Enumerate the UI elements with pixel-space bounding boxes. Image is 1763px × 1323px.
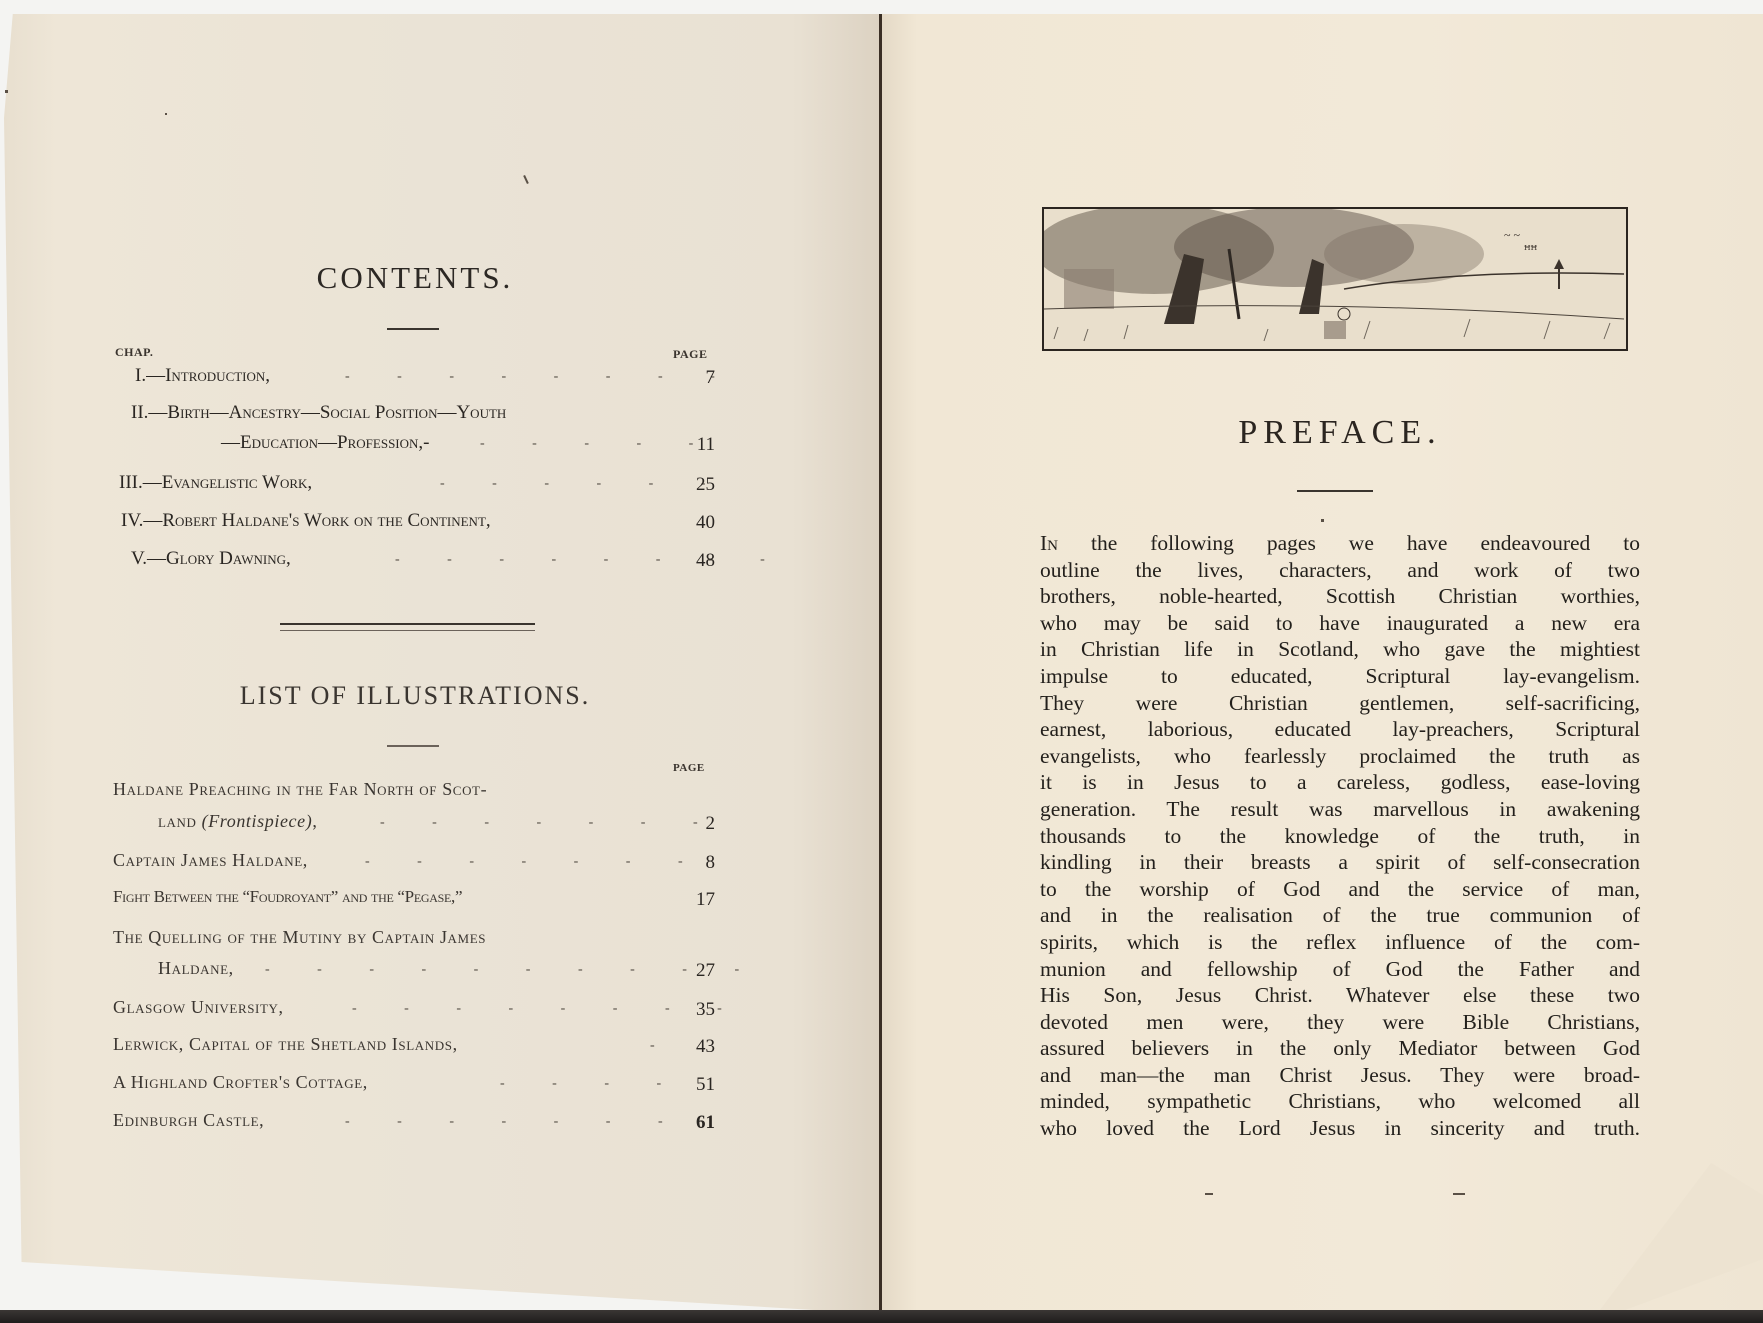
illustration-page-number: 17 — [675, 889, 715, 911]
preface-line: and man—the man Christ Jesus. They were … — [1040, 1062, 1640, 1089]
contents-entry-5[interactable]: V.—Glory Dawning, — [131, 548, 291, 570]
illustration-title: The Quelling of the Mutiny by Captain Ja… — [113, 927, 486, 947]
illustration-entry-4-cont: Haldane, — [158, 958, 234, 979]
illustration-entry-1-cont: land (Frontispiece), — [158, 811, 317, 832]
contents-page-number: 7 — [675, 367, 715, 389]
preface-line: it is in Jesus to a careless, godless, e… — [1040, 769, 1640, 796]
chapter-number: V. — [131, 548, 147, 569]
svg-text:~ ~: ~ ~ — [1504, 228, 1520, 242]
preface-line: kindling in their breasts a spirit of se… — [1040, 849, 1640, 876]
illustration-entry-8[interactable]: Edinburgh Castle, — [113, 1110, 264, 1131]
trees-field-icon: ~ ~ ꟸꟸ — [1044, 209, 1626, 349]
preface-line: brothers, noble-hearted, Scottish Christ… — [1040, 583, 1640, 610]
chapter-title: —Birth—Ancestry—Social Position—Youth — [148, 402, 506, 423]
printer-mark — [1205, 1193, 1213, 1195]
chapter-title: —Glory Dawning, — [147, 548, 291, 569]
illustrations-page-label: PAGE — [673, 762, 705, 774]
preface-line: minded, sympathetic Christians, who welc… — [1040, 1088, 1640, 1115]
preface-line: His Son, Jesus Christ. Whatever else the… — [1040, 982, 1640, 1009]
contents-page-number: 48 — [675, 550, 715, 572]
chapter-number: II. — [131, 402, 148, 423]
preface-line: to the worship of God and the service of… — [1040, 876, 1640, 903]
illustration-page-number: 2 — [675, 813, 715, 835]
illustration-page-number: 43 — [675, 1036, 715, 1058]
book-gutter — [879, 14, 882, 1323]
illustration-entry-3[interactable]: Fight Between the “Foudroyant” and the “… — [113, 887, 462, 907]
preface-line: thousands to the knowledge of the truth,… — [1040, 823, 1640, 850]
book-spread: CONTENTS. CHAP. PAGE I.—Introduction, - … — [0, 0, 1763, 1323]
preface-line: who loved the Lord Jesus in sincerity an… — [1040, 1115, 1640, 1142]
preface-line: outline the lives, characters, and work … — [1040, 557, 1640, 584]
chapter-title: —Evangelistic Work, — [143, 472, 312, 493]
preface-line: evangelists, who fearlessly proclaimed t… — [1040, 743, 1640, 770]
illustration-entry-2[interactable]: Captain James Haldane, — [113, 850, 308, 871]
frontispiece-label: (Frontispiece) — [202, 811, 313, 831]
contents-entry-3[interactable]: III.—Evangelistic Work, — [119, 472, 312, 494]
illustration-title: A Highland Crofter's Cottage, — [113, 1072, 368, 1092]
preface-line: and in the realisation of the true commu… — [1040, 902, 1640, 929]
illustration-page-number: 51 — [675, 1074, 715, 1096]
preface-body: In the following pages we have endeavour… — [1040, 530, 1640, 1142]
illustrations-rule — [387, 745, 439, 747]
preface-line: earnest, laborious, educated lay-preache… — [1040, 716, 1640, 743]
illustration-entry-7[interactable]: A Highland Crofter's Cottage, — [113, 1072, 368, 1093]
illustration-title: Captain James Haldane, — [113, 850, 308, 870]
preface-heading: PREFACE. — [1030, 414, 1650, 452]
illustration-entry-1[interactable]: Haldane Preaching in the Far North of Sc… — [113, 779, 487, 800]
ink-speck — [5, 90, 8, 93]
contents-page-number: 25 — [675, 474, 715, 496]
preface-line: spirits, which is the reflex influence o… — [1040, 929, 1640, 956]
illustration-title: Fight Between the “Foudroyant” and the “… — [113, 887, 462, 906]
illustration-title: Lerwick, Capital of the Shetland Islands… — [113, 1034, 458, 1054]
svg-text:ꟸꟸ: ꟸꟸ — [1524, 243, 1538, 257]
illustration-title-cont: Haldane, — [158, 958, 234, 978]
section-divider — [280, 623, 535, 631]
contents-rule — [387, 328, 439, 330]
contents-chap-label: CHAP. — [115, 345, 153, 360]
chapter-number: IV. — [121, 510, 143, 531]
contents-entry-4[interactable]: IV.—Robert Haldane's Work on the Contine… — [121, 510, 491, 532]
printer-mark — [1453, 1193, 1465, 1195]
chapter-title: —Robert Haldane's Work on the Continent, — [143, 510, 490, 531]
contents-entry-1[interactable]: I.—Introduction, — [135, 365, 270, 387]
chapter-number: I. — [135, 365, 146, 386]
preface-line: In the following pages we have endeavour… — [1040, 530, 1640, 557]
chapter-title-cont: —Education—Profession,- — [221, 432, 430, 453]
illustration-title: Glasgow University, — [113, 997, 284, 1017]
illustration-title-cont: land — [158, 811, 202, 831]
preface-line: assured believers in the only Mediator b… — [1040, 1035, 1640, 1062]
contents-heading: CONTENTS. — [0, 260, 830, 296]
ornament-dot — [1321, 519, 1324, 522]
preface-rule — [1297, 490, 1373, 492]
preface-line: generation. The result was marvellous in… — [1040, 796, 1640, 823]
ink-speck — [165, 113, 167, 115]
comma: , — [312, 811, 317, 831]
preface-line: in Christian life in Scotland, who gave … — [1040, 636, 1640, 663]
illustrations-heading: LIST OF ILLUSTRATIONS. — [0, 681, 830, 711]
preface-line: devoted men were, they were Bible Christ… — [1040, 1009, 1640, 1036]
preface-line: impulse to educated, Scriptural lay-evan… — [1040, 663, 1640, 690]
illustration-page-number: 35 — [675, 999, 715, 1021]
contents-page-number: 40 — [675, 512, 715, 534]
chapter-number: III. — [119, 472, 143, 493]
illustration-entry-6[interactable]: Lerwick, Capital of the Shetland Islands… — [113, 1034, 458, 1055]
illustration-page-number: 61 — [675, 1112, 715, 1134]
chapter-title: —Introduction, — [146, 365, 270, 386]
preface-dropword: In — [1040, 531, 1058, 555]
contents-entry-2[interactable]: II.—Birth—Ancestry—Social Position—Youth — [131, 402, 506, 424]
preface-line: munion and fellowship of God the Father … — [1040, 956, 1640, 983]
scan-edge-shadow — [0, 1310, 1763, 1323]
contents-page-label: PAGE — [673, 347, 707, 362]
illustration-title: Haldane Preaching in the Far North of Sc… — [113, 779, 487, 799]
preface-line: They were Christian gentlemen, self-sacr… — [1040, 690, 1640, 717]
illustration-title: Edinburgh Castle, — [113, 1110, 264, 1130]
contents-page-number: 11 — [675, 434, 715, 456]
illustration-page-number: 8 — [675, 852, 715, 874]
illustration-entry-5[interactable]: Glasgow University, — [113, 997, 284, 1018]
landscape-engraving-image: ~ ~ ꟸꟸ — [1042, 207, 1628, 351]
contents-entry-2-cont: —Education—Profession,- — [221, 432, 430, 454]
illustration-entry-4[interactable]: The Quelling of the Mutiny by Captain Ja… — [113, 927, 486, 948]
illustration-page-number: 27 — [675, 960, 715, 982]
preface-line: who may be said to have inaugurated a ne… — [1040, 610, 1640, 637]
